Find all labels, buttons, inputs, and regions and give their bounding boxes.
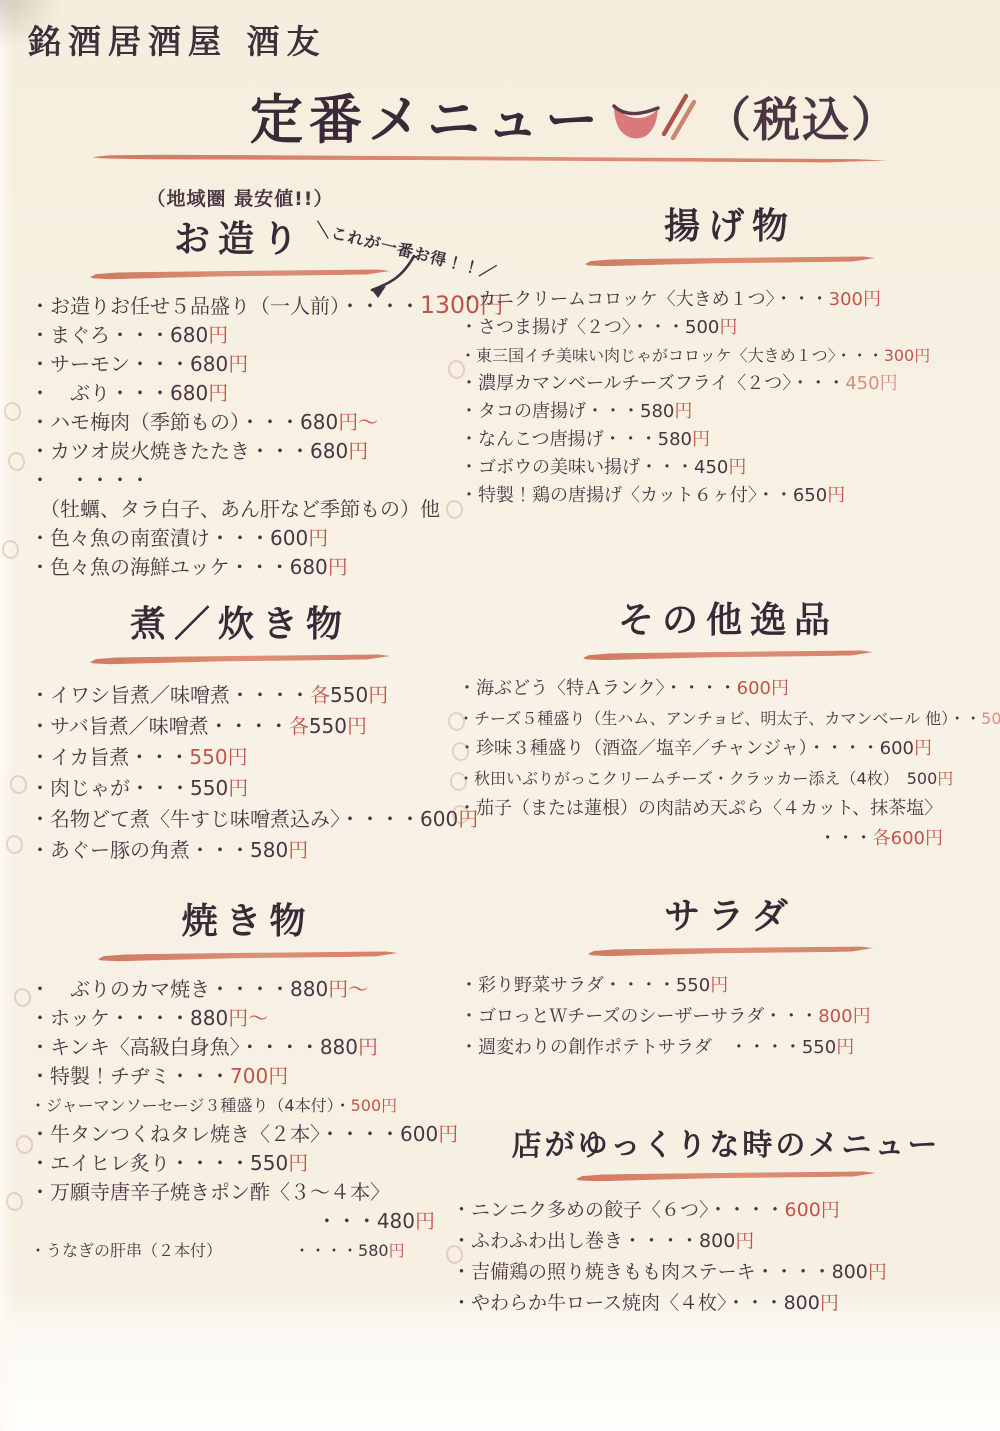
section-brush-underline	[90, 652, 390, 665]
item-name: ・秋田いぶりがっこクリームチーズ・クラッカー添え（4枚）	[458, 769, 907, 788]
item-name: ・カニクリームコロッケ〈大きめ１つ〉・・・	[460, 289, 829, 310]
item-price: 580円	[250, 838, 308, 862]
menu-title-row: 定番メニュー （税込）	[250, 74, 890, 158]
menu-item: ・色々魚の海鮮ユッケ・・・680円	[30, 553, 450, 582]
item-price: 880円	[320, 1035, 378, 1059]
item-name: ・肉じゃが・・・	[30, 776, 190, 800]
menu-section: 揚げ物 ・カニクリームコロッケ〈大きめ１つ〉・・・300円・さつま揚げ〈２つ〉・…	[460, 198, 1000, 510]
menu-item: ・ゴロっとＷチーズのシーザーサラダ・・・800円	[460, 1001, 1000, 1032]
item-name: ・吉備鶏の照り焼きもも肉ステーキ・・・・	[452, 1261, 832, 1283]
menu-item: ・ゴボウの美味い揚げ・・・450円	[460, 454, 1000, 482]
section-title: お造り	[30, 211, 450, 262]
item-price: 700円	[230, 1064, 288, 1088]
margin-mark	[6, 450, 27, 472]
menu-item: ・なんこつ唐揚げ・・・580円	[460, 426, 1000, 454]
item-name: ・色々魚の海鮮ユッケ・・・	[30, 555, 290, 579]
item-price: 680円	[170, 381, 228, 405]
menu-item: ・特製！チヂミ・・・700円	[30, 1062, 465, 1091]
item-name: ・タコの唐揚げ・・・	[460, 401, 640, 422]
shop-name: 銘酒居酒屋 酒友	[28, 16, 327, 63]
item-price: 500円	[685, 317, 737, 338]
item-name: ・ハモ梅肉（季節もの）・・・	[30, 410, 300, 434]
menu-item: ・ふわふわ出し巻き・・・・800円	[452, 1226, 1000, 1257]
menu-item: ・あぐー豚の角煮・・・580円	[30, 835, 450, 866]
menu-item: ・海ぶどう〈特Ａランク〉・・・・600円	[458, 674, 998, 704]
item-price: 300円	[884, 346, 931, 365]
item-price: 800円	[832, 1261, 887, 1283]
menu-item: ・万願寺唐辛子焼きポン酢〈３〜４本〉	[30, 1178, 465, 1207]
item-name: ・チーズ５種盛り（生ハム、アンチョビ、明太子、カマンベール 他）・・	[458, 709, 981, 728]
section-brush-underline	[97, 949, 397, 962]
menu-section: 店がゆっくりな時のメニュー ・ニンニク多めの餃子〈６つ〉・・・・600円・ふわふ…	[452, 1120, 1000, 1319]
menu-item: ・特製！鶏の唐揚げ〈カット６ヶ付〉・・650円	[460, 482, 1000, 510]
item-price: 各550円	[310, 683, 388, 707]
sake-cup-chopsticks-icon	[612, 92, 696, 154]
item-price: 480円	[377, 1209, 435, 1233]
item-name: ・海ぶどう〈特Ａランク〉・・・・	[458, 678, 737, 699]
item-price: 600円	[785, 1199, 840, 1221]
item-price: 600円	[400, 1122, 458, 1146]
menu-item: ・牛タンつくねタレ焼き〈２本〉・・・・600円	[30, 1120, 465, 1149]
menu-item: ・東三国イチ美味い肉じゃがコロッケ〈大きめ１つ〉・・・300円	[460, 342, 1000, 370]
menu-section: その他逸品 ・海ぶどう〈特Ａランク〉・・・・600円・チーズ５種盛り（生ハム、ア…	[458, 592, 998, 854]
item-name: ・牛タンつくねタレ焼き〈２本〉・・・・	[30, 1122, 400, 1146]
section-title: サラダ	[460, 888, 1000, 939]
menu-item: ・肉じゃが・・・550円	[30, 773, 450, 804]
item-name: ・まぐろ・・・	[30, 323, 170, 347]
menu-item: ・ ・・・・	[30, 466, 450, 495]
item-price: 500円	[981, 709, 1000, 728]
menu-item: ・週変わりの創作ポテトサラダ ・・・・550円	[460, 1032, 1000, 1063]
section-title: 揚げ物	[460, 198, 1000, 249]
item-name: ・東三国イチ美味い肉じゃがコロッケ〈大きめ１つ〉・・・	[460, 346, 884, 365]
menu-item: ・さつま揚げ〈２つ〉・・・500円	[460, 314, 1000, 342]
item-name: ・珍味３種盛り（酒盗／塩辛／チャンジャ）・・・・	[458, 738, 880, 759]
item-price: 600円	[270, 526, 328, 550]
menu-item: ・濃厚カマンベールチーズフライ〈２つ〉・・・450円	[460, 370, 1000, 398]
menu-section: サラダ ・彩り野菜サラダ・・・・550円・ゴロっとＷチーズのシーザーサラダ・・・…	[460, 888, 1000, 1063]
item-price: 680円	[290, 555, 348, 579]
item-price: 各550円	[289, 714, 367, 738]
item-price: 550円	[676, 975, 728, 996]
menu-item: ・イカ旨煮・・・550円	[30, 742, 450, 773]
item-name: ・ふわふわ出し巻き・・・・	[452, 1230, 699, 1252]
item-price: 880円〜	[290, 977, 368, 1001]
menu-section: （地域圏 最安値!!） お造り ・お造りお任せ５品盛り（一人前）・・・・1300…	[30, 184, 450, 582]
item-name: ・色々魚の南蛮漬け・・・	[30, 526, 270, 550]
item-name: ・週変わりの創作ポテトサラダ ・・・・	[460, 1037, 802, 1058]
item-price: 800円	[784, 1292, 839, 1314]
menu-item: ・吉備鶏の照り焼きもも肉ステーキ・・・・800円	[452, 1257, 1000, 1288]
section-title: 焼き物	[30, 893, 465, 944]
item-name: ・なんこつ唐揚げ・・・	[460, 429, 658, 450]
section-brush-underline	[576, 1169, 876, 1182]
menu-item: ・ ぶり・・・680円	[30, 379, 450, 408]
section-items: ・ ぶりのカマ焼き・・・・880円〜・ホッケ・・・・880円〜・キンキ〈高級白身…	[30, 975, 465, 1265]
section-items: ・海ぶどう〈特Ａランク〉・・・・600円・チーズ５種盛り（生ハム、アンチョビ、明…	[458, 674, 998, 854]
margin-mark	[0, 538, 21, 560]
item-price: 550円	[190, 776, 248, 800]
item-price: 各600円	[873, 828, 943, 849]
margin-mark	[4, 1190, 25, 1212]
item-price-line: ・・・各600円	[458, 824, 998, 854]
item-price: 680円	[190, 352, 248, 376]
item-price: 550円	[250, 1151, 308, 1175]
section-items: ・ニンニク多めの餃子〈６つ〉・・・・600円・ふわふわ出し巻き・・・・800円・…	[452, 1195, 1000, 1319]
item-name: ・さつま揚げ〈２つ〉・・・	[460, 317, 685, 338]
menu-item: ・カツオ炭火焼きたたき・・・680円	[30, 437, 450, 466]
item-name: ・ ぶり・・・	[30, 381, 170, 405]
section-subtitle: （地域圏 最安値!!）	[30, 184, 450, 211]
item-price: 600円	[880, 738, 932, 759]
item-price: 450円	[845, 373, 897, 394]
item-name: ・名物どて煮〈牛すじ味噌煮込み〉・・・・	[30, 807, 420, 831]
item-price: 680円〜	[300, 410, 378, 434]
item-price: 580円	[640, 401, 692, 422]
item-name: ・ジャーマンソーセージ３種盛り（4本付）・	[30, 1096, 351, 1115]
item-price: 580円	[658, 429, 710, 450]
section-title: 店がゆっくりな時のメニュー	[452, 1120, 1000, 1164]
menu-item: ・ホッケ・・・・880円〜	[30, 1004, 465, 1033]
item-name: ・イワシ旨煮／味噌煮・・・・	[30, 683, 310, 707]
section-brush-underline	[585, 254, 875, 267]
menu-item: ・ジャーマンソーセージ３種盛り（4本付）・500円	[30, 1091, 465, 1120]
menu-item: ・彩り野菜サラダ・・・・550円	[460, 970, 1000, 1001]
menu-item: ・名物どて煮〈牛すじ味噌煮込み〉・・・・600円	[30, 804, 450, 835]
item-name: ・茄子（または蓮根）の肉詰め天ぷら〈４カット、抹茶塩〉	[458, 798, 942, 819]
item-name: （牡蠣、タラ白子、あん肝など季節もの）他	[30, 497, 440, 521]
item-name: ・サバ旨煮／味噌煮・・・・	[30, 714, 289, 738]
item-name: ・うなぎの肝串（２本付） ・・・・	[30, 1241, 358, 1260]
item-name: ・ホッケ・・・・	[30, 1006, 190, 1030]
menu-item: ・まぐろ・・・680円	[30, 321, 450, 350]
item-name: ・ゴロっとＷチーズのシーザーサラダ・・・	[460, 1006, 818, 1027]
section-brush-underline	[587, 944, 872, 956]
menu-item: （牡蠣、タラ白子、あん肝など季節もの）他	[30, 495, 450, 524]
section-brush-underline	[90, 267, 390, 280]
item-name: ・キンキ〈高級白身魚〉・・・・	[30, 1035, 320, 1059]
section-items: ・イワシ旨煮／味噌煮・・・・各550円・サバ旨煮／味噌煮・・・・各550円・イカ…	[30, 680, 450, 866]
item-name: ・濃厚カマンベールチーズフライ〈２つ〉・・・	[460, 373, 845, 394]
section-items: ・カニクリームコロッケ〈大きめ１つ〉・・・300円・さつま揚げ〈２つ〉・・・50…	[460, 286, 1000, 510]
menu-page: 銘酒居酒屋 酒友 定番メニュー （税込） ＼これが一番お得！！／ （地域圏 最安…	[0, 0, 1000, 1431]
item-price: 880円〜	[190, 1006, 268, 1030]
item-price: 680円	[310, 439, 368, 463]
margin-mark	[2, 400, 23, 422]
item-price: 680円	[170, 323, 228, 347]
item-price: 450円	[694, 457, 746, 478]
menu-item: ・ハモ梅肉（季節もの）・・・680円〜	[30, 408, 450, 437]
margin-mark	[8, 773, 29, 795]
item-name: ・万願寺唐辛子焼きポン酢〈３〜４本〉	[30, 1180, 390, 1204]
item-price: 500円	[351, 1096, 398, 1115]
item-price: 300円	[829, 289, 881, 310]
item-name: ・特製！チヂミ・・・	[30, 1064, 230, 1088]
item-name: ・イカ旨煮・・・	[30, 745, 189, 769]
item-name: ・ニンニク多めの餃子〈６つ〉・・・・	[452, 1199, 785, 1221]
item-price: 800円	[699, 1230, 754, 1252]
item-name: ・ ぶりのカマ焼き・・・・	[30, 977, 290, 1001]
item-name: ・彩り野菜サラダ・・・・	[460, 975, 676, 996]
menu-section: 焼き物 ・ ぶりのカマ焼き・・・・880円〜・ホッケ・・・・880円〜・キンキ〈…	[30, 893, 465, 1265]
menu-item: ・茄子（または蓮根）の肉詰め天ぷら〈４カット、抹茶塩〉	[458, 794, 998, 824]
menu-item: ・サーモン・・・680円	[30, 350, 450, 379]
section-title: その他逸品	[458, 592, 998, 643]
item-price: 500円	[907, 769, 954, 788]
section-items: ・彩り野菜サラダ・・・・550円・ゴロっとＷチーズのシーザーサラダ・・・800円…	[460, 970, 1000, 1063]
item-price: 800円	[818, 1006, 870, 1027]
tax-included-note: （税込）	[704, 83, 900, 150]
item-name: ・お造りお任せ５品盛り（一人前）・・・・	[30, 294, 420, 318]
menu-item: ・秋田いぶりがっこクリームチーズ・クラッカー添え（4枚） 500円	[458, 764, 998, 794]
section-brush-underline	[583, 648, 873, 661]
item-price: 650円	[793, 485, 845, 506]
menu-item: ・やわらか牛ロース焼肉〈４枚〉・・・800円	[452, 1288, 1000, 1319]
menu-section: 煮／炊き物 ・イワシ旨煮／味噌煮・・・・各550円・サバ旨煮／味噌煮・・・・各5…	[30, 596, 450, 866]
menu-item: ・色々魚の南蛮漬け・・・600円	[30, 524, 450, 553]
item-price: 550円	[802, 1037, 854, 1058]
menu-item: ・キンキ〈高級白身魚〉・・・・880円	[30, 1033, 465, 1062]
menu-item: ・タコの唐揚げ・・・580円	[460, 398, 1000, 426]
menu-item: ・チーズ５種盛り（生ハム、アンチョビ、明太子、カマンベール 他）・・500円	[458, 704, 998, 734]
item-name: ・サーモン・・・	[30, 352, 190, 376]
item-name: ・特製！鶏の唐揚げ〈カット６ヶ付〉・・	[460, 485, 793, 506]
menu-item: ・ニンニク多めの餃子〈６つ〉・・・・600円	[452, 1195, 1000, 1226]
item-price: 580円	[358, 1241, 405, 1260]
item-name: ・ゴボウの美味い揚げ・・・	[460, 457, 694, 478]
menu-item: ・カニクリームコロッケ〈大きめ１つ〉・・・300円	[460, 286, 1000, 314]
item-price: 600円	[737, 678, 789, 699]
menu-item: ・うなぎの肝串（２本付） ・・・・580円	[30, 1236, 465, 1265]
item-name: ・やわらか牛ロース焼肉〈４枚〉・・・	[452, 1292, 784, 1314]
margin-mark	[4, 833, 25, 855]
item-name: ・ ・・・・	[30, 468, 150, 492]
section-title: 煮／炊き物	[30, 596, 450, 647]
item-price-line: ・・・480円	[30, 1207, 465, 1236]
menu-item: ・珍味３種盛り（酒盗／塩辛／チャンジャ）・・・・600円	[458, 734, 998, 764]
item-name: ・カツオ炭火焼きたたき・・・	[30, 439, 310, 463]
page-title: 定番メニュー	[250, 78, 604, 154]
section-items: ・お造りお任せ５品盛り（一人前）・・・・1300円・まぐろ・・・680円・サーモ…	[30, 291, 450, 582]
menu-item: ・イワシ旨煮／味噌煮・・・・各550円	[30, 680, 450, 711]
menu-item: ・サバ旨煮／味噌煮・・・・各550円	[30, 711, 450, 742]
menu-item: ・エイヒレ炙り・・・・550円	[30, 1149, 465, 1178]
item-price: 550円	[189, 745, 247, 769]
menu-item: ・ ぶりのカマ焼き・・・・880円〜	[30, 975, 465, 1004]
menu-item: ・お造りお任せ５品盛り（一人前）・・・・1300円	[30, 291, 450, 321]
item-name: ・エイヒレ炙り・・・・	[30, 1151, 250, 1175]
item-name: ・あぐー豚の角煮・・・	[30, 838, 250, 862]
